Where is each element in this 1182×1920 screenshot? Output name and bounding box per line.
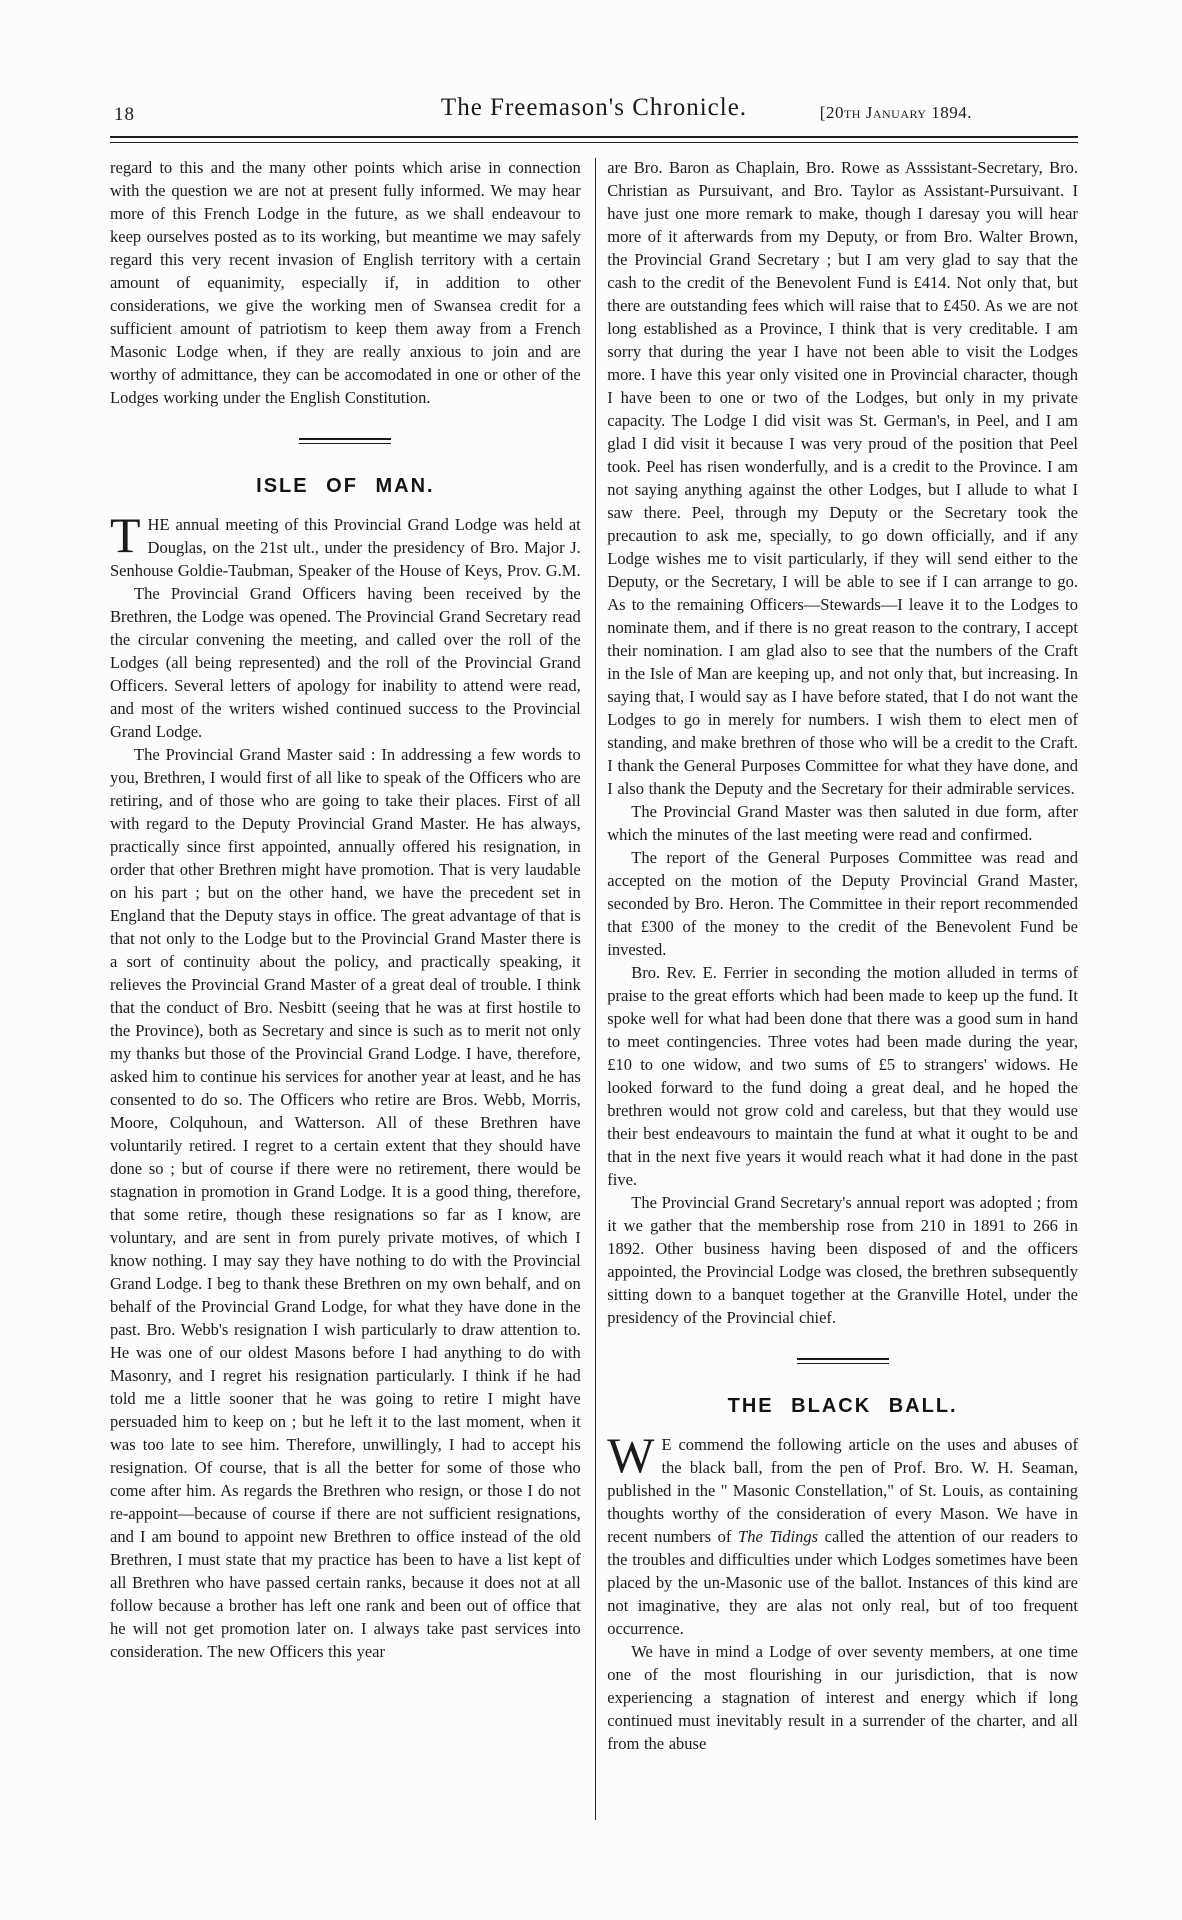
masthead-rule [110,136,1078,143]
article-heading-black-ball: THE BLACK BALL. [607,1395,1078,1418]
paragraph: THE annual meeting of this Provincial Gr… [110,513,581,582]
masthead: 18 The Freemason's Chronicle. [20th Janu… [110,88,1078,136]
paragraph-text: HE annual meeting of this Provincial Gra… [110,515,581,580]
paragraph: The Provincial Grand Officers having bee… [110,582,581,743]
newspaper-title: The Freemason's Chronicle. [441,94,747,122]
paragraph: are Bro. Baron as Chaplain, Bro. Rowe as… [607,156,1078,800]
column-rule [595,158,597,1820]
drop-cap: W [607,1433,661,1476]
paragraph: The Provincial Grand Master was then sal… [607,800,1078,846]
paragraph: The Provincial Grand Master said : In ad… [110,743,581,1663]
publication-name: The Tidings [738,1527,818,1546]
columns: regard to this and the many other points… [110,156,1078,1820]
drop-cap: T [110,513,148,556]
section-divider [797,1358,889,1364]
paragraph: The report of the General Purposes Commi… [607,846,1078,961]
issue-date: [20th January 1894. [820,103,972,123]
article-heading-isle-of-man: ISLE OF MAN. [110,475,581,498]
paragraph: WE commend the following article on the … [607,1433,1078,1640]
page-content: 18 The Freemason's Chronicle. [20th Janu… [110,88,1078,1820]
paragraph: Bro. Rev. E. Ferrier in seconding the mo… [607,961,1078,1191]
page-number: 18 [114,104,135,126]
newspaper-page: 18 The Freemason's Chronicle. [20th Janu… [0,0,1182,1920]
paragraph: We have in mind a Lodge of over seventy … [607,1640,1078,1755]
right-column: are Bro. Baron as Chaplain, Bro. Rowe as… [607,156,1078,1755]
paragraph: The Provincial Grand Secretary's annual … [607,1191,1078,1329]
left-column: regard to this and the many other points… [110,156,581,1663]
section-divider [299,438,391,444]
paragraph: regard to this and the many other points… [110,156,581,409]
